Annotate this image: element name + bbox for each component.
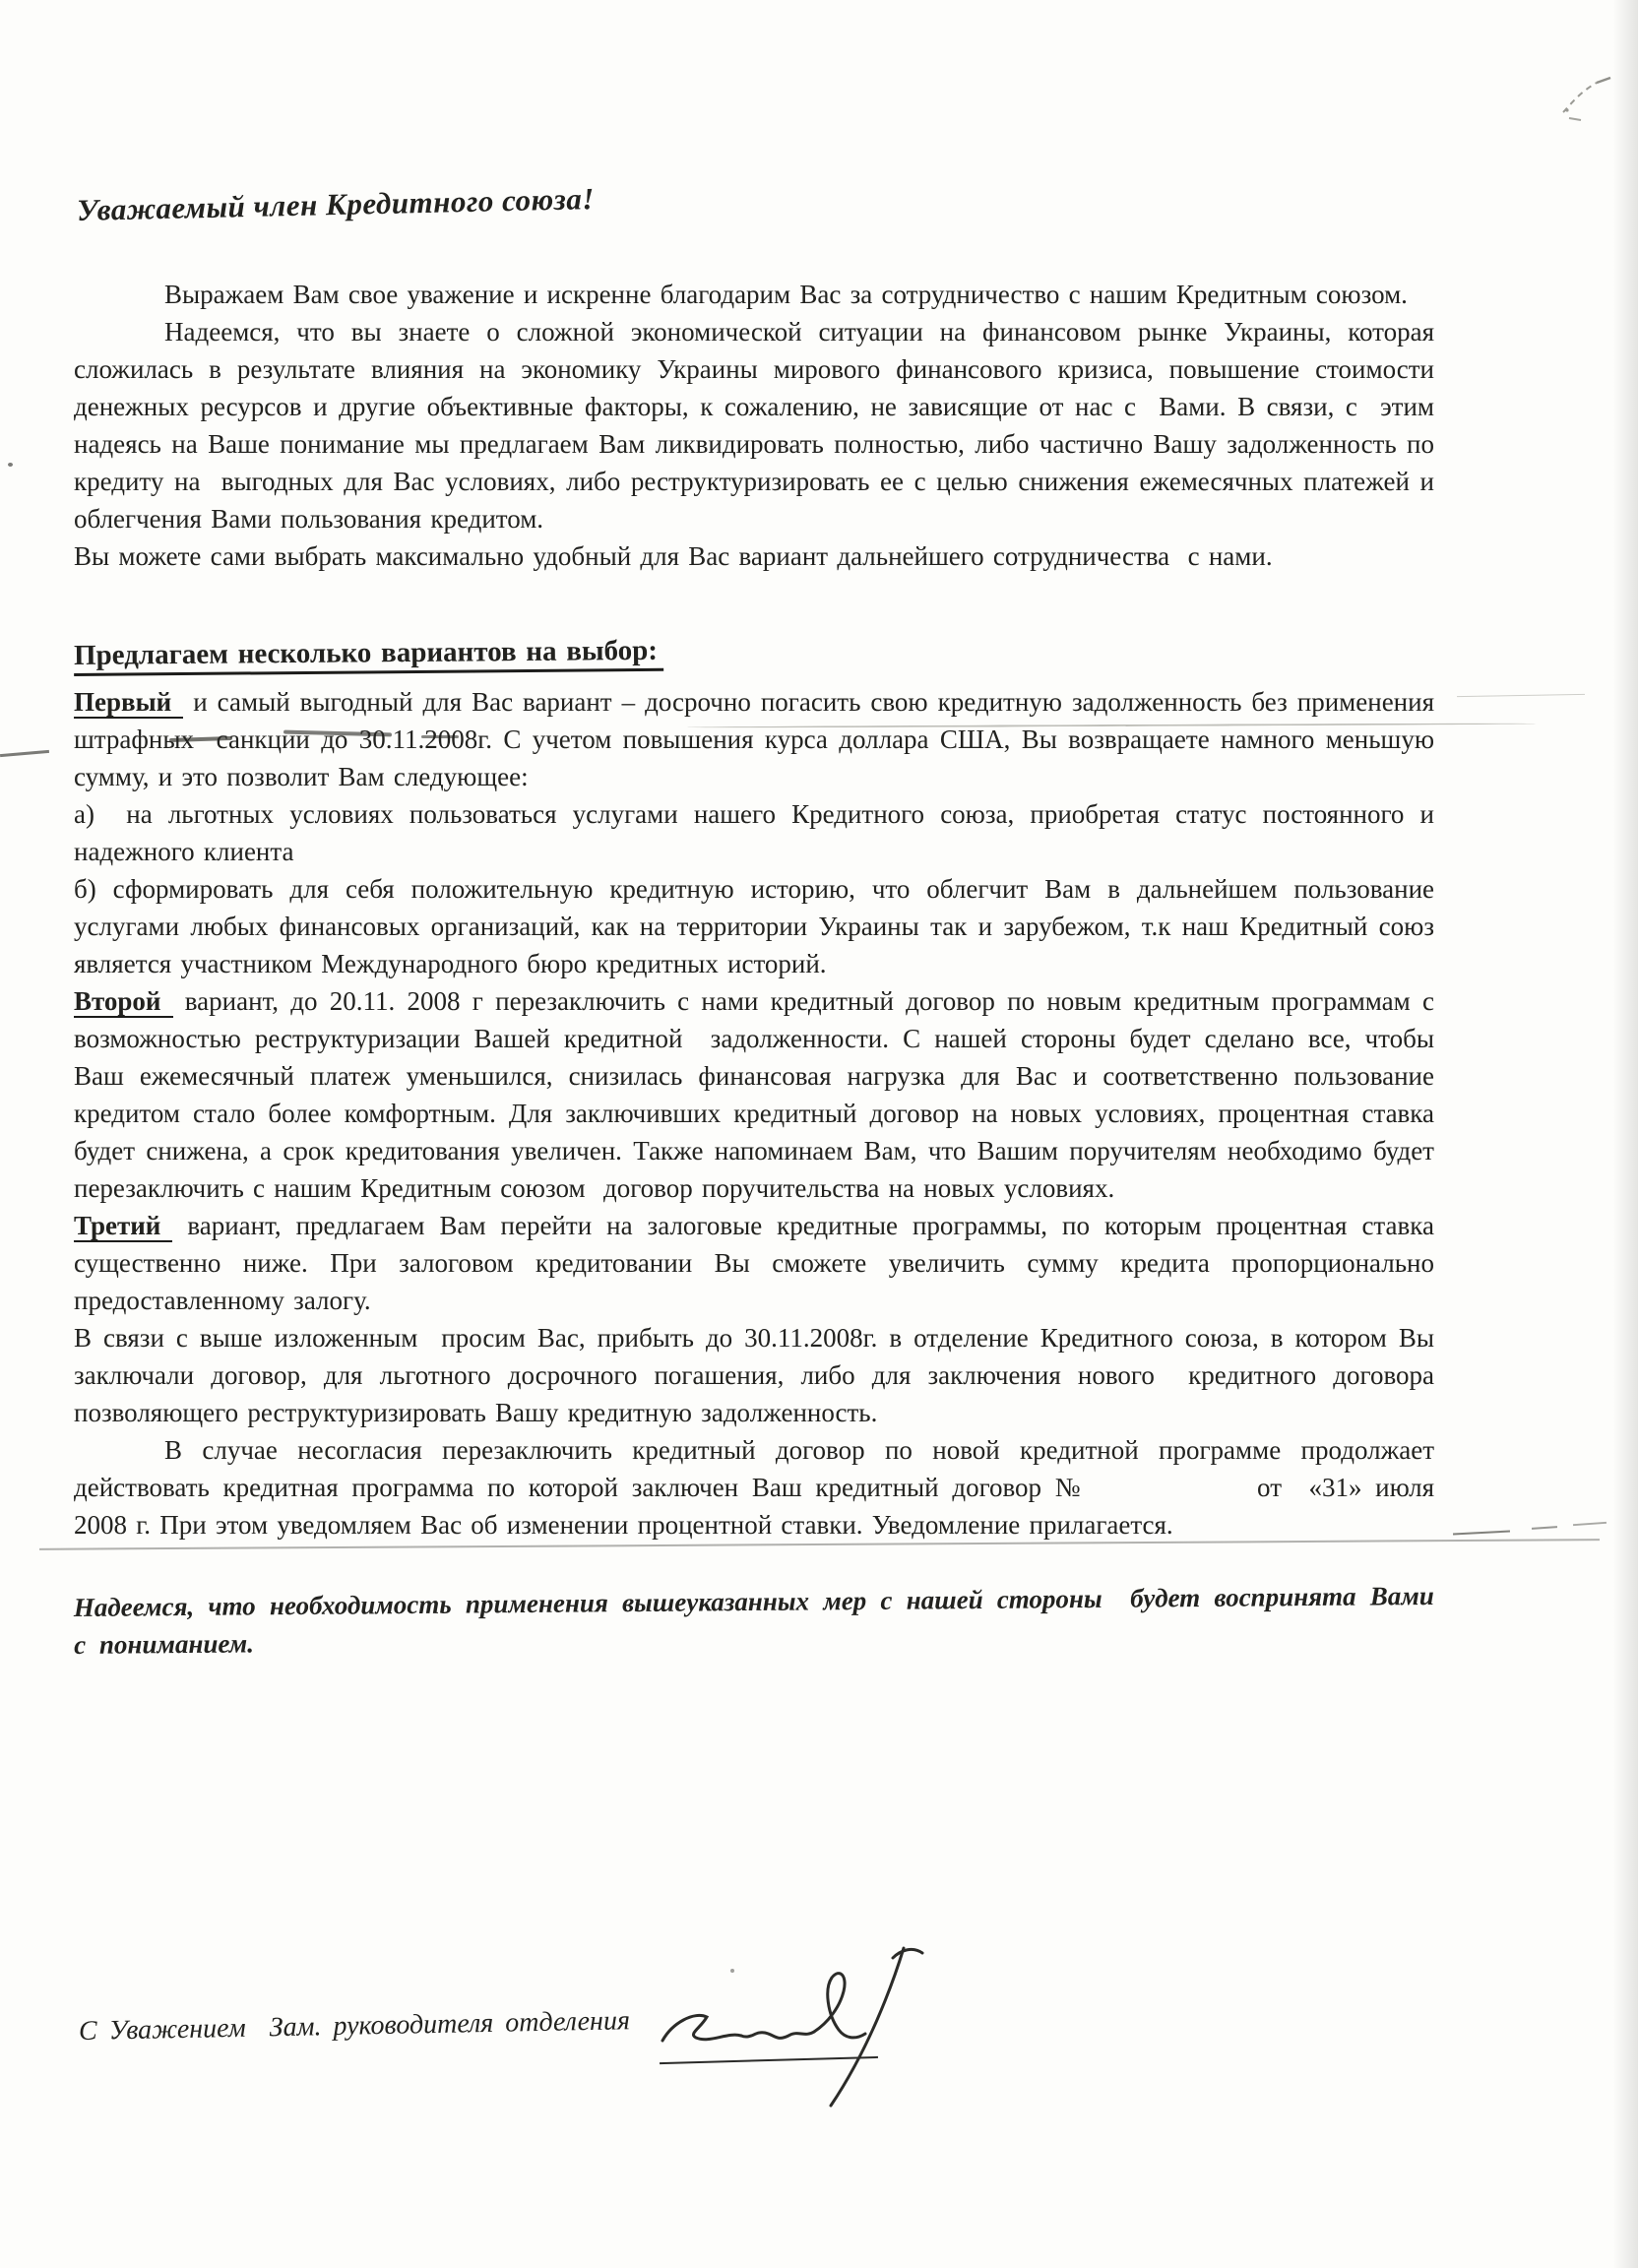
contract-number-blank	[1085, 1495, 1257, 1496]
option-first-text: и самый выгодный для Вас вариант – досро…	[74, 687, 1434, 791]
letter-body: Выражаем Вам свое уважение и искренне бл…	[74, 276, 1434, 1664]
option-third-paragraph: Третий вариант, предлагаем Вам перейти н…	[74, 1207, 1434, 1319]
option-third-lead: Третий	[74, 1211, 172, 1242]
scanned-letter-page: Уважаемый член Кредитного союза! Выражае…	[0, 0, 1638, 2268]
pen-corner-mark	[1553, 67, 1622, 122]
letter-salutation: Уважаемый член Кредитного союза!	[77, 181, 596, 228]
option-second-lead: Второй	[74, 986, 173, 1018]
scan-speck	[8, 463, 13, 467]
contract-number-label: №	[1055, 1473, 1085, 1502]
option-first-lead: Первый	[74, 687, 183, 719]
visit-request-paragraph: В связи с выше изложенным просим Вас, пр…	[74, 1319, 1434, 1431]
intro-paragraph-1: Выражаем Вам свое уважение и искренне бл…	[74, 276, 1434, 313]
options-heading-text: Предлагаем несколько вариантов на выбор:	[74, 635, 663, 676]
intro-paragraph-3: Вы можете сами выбрать максимально удобн…	[74, 537, 1434, 575]
scan-crease-dash	[1532, 1526, 1557, 1530]
scan-crease-dash	[1457, 694, 1585, 697]
handwritten-signature	[645, 1944, 940, 2111]
intro-paragraph-2: Надеемся, что вы знаете о сложной эконом…	[74, 313, 1434, 537]
disagreement-paragraph: В случае несогласия перезаключить кредит…	[74, 1431, 1434, 1543]
scan-crease-dash	[1453, 1530, 1510, 1535]
option-second-paragraph: Второй вариант, до 20.11. 2008 г перезак…	[74, 982, 1434, 1207]
option-first-item-a: а) на льготных условиях пользоваться усл…	[74, 795, 1434, 870]
options-section-heading: Предлагаем несколько вариантов на выбор:	[74, 622, 1434, 677]
option-first-item-b: б) сформировать для себя положительную к…	[74, 870, 1434, 982]
disagreement-text-before-number: В случае несогласия перезаключить кредит…	[74, 1435, 1434, 1502]
option-first-paragraph: Первый и самый выгодный для Вас вариант …	[74, 683, 1434, 795]
scan-edge-shadow	[1612, 0, 1638, 2268]
signature-caption: С Уважением Зам. руководителя отделения	[79, 2005, 631, 2047]
closing-statement: Надеемся, что необходимость применения в…	[74, 1577, 1435, 1664]
scan-crease-dash-left	[0, 750, 49, 757]
scan-crease-dash	[1573, 1522, 1606, 1526]
option-second-text: вариант, до 20.11. 2008 г перезаключить …	[74, 986, 1434, 1203]
option-third-text: вариант, предлагаем Вам перейти на залог…	[74, 1211, 1434, 1315]
